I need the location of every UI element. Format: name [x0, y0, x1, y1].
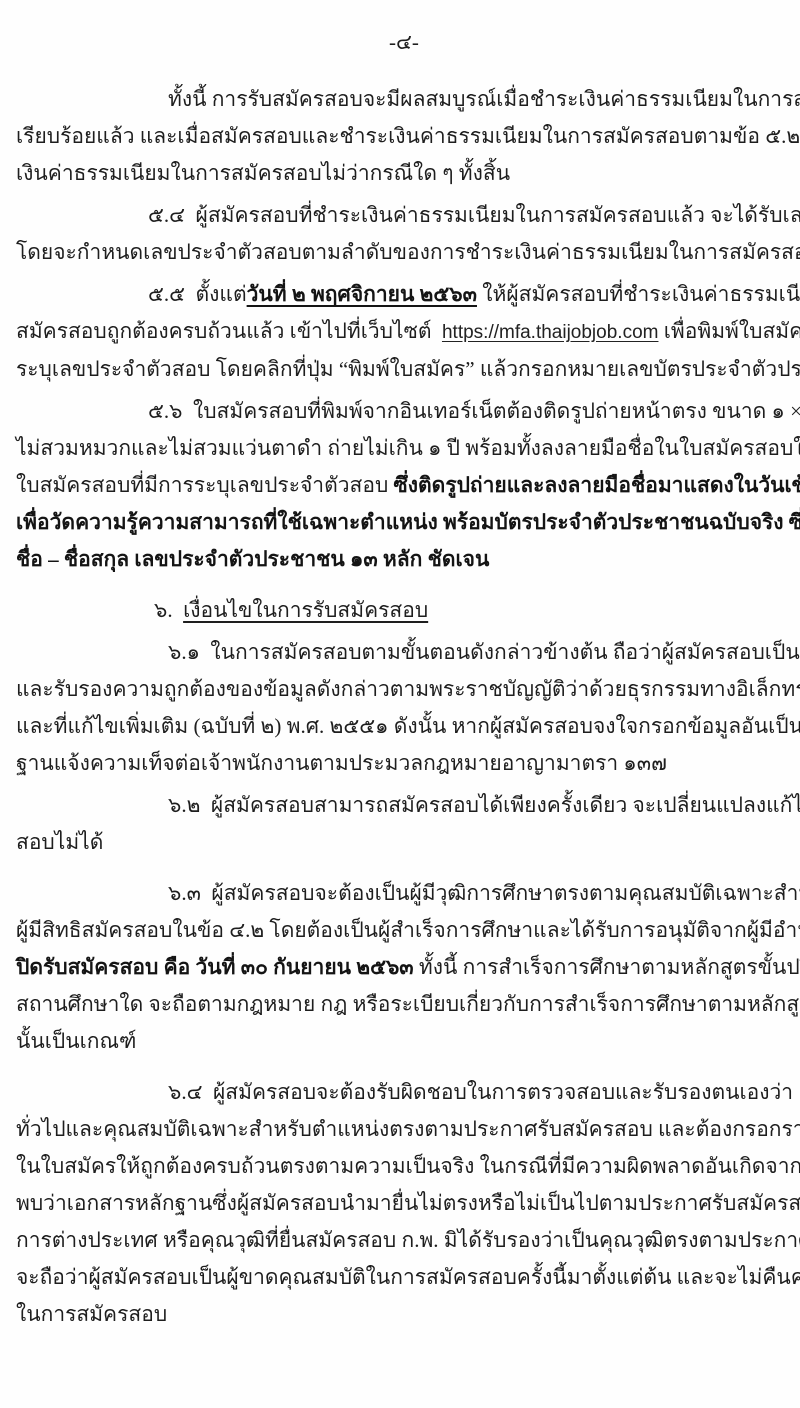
text-run: วันที่ ๒ พฤศจิกายน ๒๕๖๓ [247, 282, 477, 306]
text-run: พบว่าเอกสารหลักฐานซึ่งผู้สมัครสอบนำมายื่… [16, 1191, 800, 1215]
text-line: ฐานแจ้งความเท็จต่อเจ้าพนักงานตามประมวลกฎ… [16, 745, 792, 782]
text-run: ทั้งนี้ การรับสมัครสอบจะมีผลสมบูรณ์เมื่อ… [168, 87, 800, 111]
document-page: -๔- ทั้งนี้ การรับสมัครสอบจะมีผลสมบูรณ์เ… [0, 0, 800, 1408]
text-line: เพื่อวัดความรู้ความสามารถที่ใช้เฉพาะตำแห… [16, 504, 792, 541]
text-run: จะถือว่าผู้สมัครสอบเป็นผู้ขาดคุณสมบัติใน… [16, 1265, 800, 1289]
text-run: ปิดรับสมัครสอบ คือ วันที่ ๓๐ กันยายน ๒๕๖… [16, 955, 414, 979]
text-line: พบว่าเอกสารหลักฐานซึ่งผู้สมัครสอบนำมายื่… [16, 1185, 792, 1222]
document-body: ทั้งนี้ การรับสมัครสอบจะมีผลสมบูรณ์เมื่อ… [16, 81, 792, 1333]
text-line: นั้นเป็นเกณฑ์ [16, 1023, 792, 1060]
text-run: และที่แก้ไขเพิ่มเติม (ฉบับที่ ๒) พ.ศ. ๒๕… [16, 714, 800, 738]
text-run: ๖.๔ ผู้สมัครสอบจะต้องรับผิดชอบในการตรวจส… [168, 1080, 800, 1104]
text-line: และรับรองความถูกต้องของข้อมูลดังกล่าวตาม… [16, 671, 792, 708]
text-line: ปิดรับสมัครสอบ คือ วันที่ ๓๐ กันยายน ๒๕๖… [16, 949, 792, 986]
text-line: ๖.๓ ผู้สมัครสอบจะต้องเป็นผู้มีวุฒิการศึก… [16, 875, 792, 912]
text-line: ๕.๖ ใบสมัครสอบที่พิมพ์จากอินเทอร์เน็ตต้อ… [16, 393, 792, 430]
text-run: สอบไม่ได้ [16, 830, 103, 854]
text-run: ๕.๔ ผู้สมัครสอบที่ชำระเงินค่าธรรมเนียมใน… [148, 203, 800, 227]
text-run: โดยจะกำหนดเลขประจำตัวสอบตามลำดับของการชำ… [16, 240, 800, 264]
text-run: ๖. [154, 598, 183, 622]
text-run: ๖.๑ ในการสมัครสอบตามขั้นตอนดังกล่าวข้างต… [168, 640, 800, 664]
text-run: ใบสมัครสอบที่มีการระบุเลขประจำตัวสอบ [16, 473, 394, 497]
text-run: เงื่อนไขในการรับสมัครสอบ [183, 598, 428, 622]
text-line: ๖.๒ ผู้สมัครสอบสามารถสมัครสอบได้เพียงครั… [16, 787, 792, 824]
text-line: ในการสมัครสอบ [16, 1296, 792, 1333]
text-run: ไม่สวมหมวกและไม่สวมแว่นตาดำ ถ่ายไม่เกิน … [16, 436, 800, 460]
text-line: สถานศึกษาใด จะถือตามกฎหมาย กฎ หรือระเบีย… [16, 986, 792, 1023]
text-run: ๖.๓ ผู้สมัครสอบจะต้องเป็นผู้มีวุฒิการศึก… [168, 881, 800, 905]
text-line: การต่างประเทศ หรือคุณวุฒิที่ยื่นสมัครสอบ… [16, 1222, 792, 1259]
text-line: สมัครสอบถูกต้องครบถ้วนแล้ว เข้าไปที่เว็บ… [16, 313, 792, 351]
text-run: เพื่อวัดความรู้ความสามารถที่ใช้เฉพาะตำแห… [16, 510, 800, 534]
text-run: ซึ่งติดรูปถ่ายและลงลายมือชื่อมาแสดงในวัน… [394, 473, 800, 497]
text-run: และรับรองความถูกต้องของข้อมูลดังกล่าวตาม… [16, 677, 800, 701]
text-line: ผู้มีสิทธิสมัครสอบในข้อ ๔.๒ โดยต้องเป็นผ… [16, 912, 792, 949]
text-run: ๖.๒ ผู้สมัครสอบสามารถสมัครสอบได้เพียงครั… [168, 793, 800, 817]
text-run: เงินค่าธรรมเนียมในการสมัครสอบไม่ว่ากรณีใ… [16, 161, 510, 185]
page-number: -๔- [16, 24, 792, 61]
text-run: สมัครสอบถูกต้องครบถ้วนแล้ว เข้าไปที่เว็บ… [16, 319, 442, 343]
text-run: ชื่อ – ชื่อสกุล เลขประจำตัวประชาชน ๑๓ หล… [16, 547, 489, 571]
text-run: เรียบร้อยแล้ว และเมื่อสมัครสอบและชำระเงิ… [16, 124, 800, 148]
section-6-heading: ๖. เงื่อนไขในการรับสมัครสอบ [16, 592, 792, 629]
text-run: ทั่วไปและคุณสมบัติเฉพาะสำหรับตำแหน่งตรงต… [16, 1117, 800, 1141]
text-run: ในการสมัครสอบ [16, 1302, 167, 1326]
text-line: ไม่สวมหมวกและไม่สวมแว่นตาดำ ถ่ายไม่เกิน … [16, 430, 792, 467]
text-line: ๖.๑ ในการสมัครสอบตามขั้นตอนดังกล่าวข้างต… [16, 634, 792, 671]
text-run: ทั้งนี้ การสำเร็จการศึกษาตามหลักสูตรขั้น… [414, 955, 800, 979]
text-line: และที่แก้ไขเพิ่มเติม (ฉบับที่ ๒) พ.ศ. ๒๕… [16, 708, 792, 745]
text-line: โดยจะกำหนดเลขประจำตัวสอบตามลำดับของการชำ… [16, 234, 792, 271]
text-line: จะถือว่าผู้สมัครสอบเป็นผู้ขาดคุณสมบัติใน… [16, 1259, 792, 1296]
text-run: สถานศึกษาใด จะถือตามกฎหมาย กฎ หรือระเบีย… [16, 992, 800, 1016]
text-run: เพื่อพิมพ์ใบสมัครสอบที่มีการ [658, 319, 800, 343]
text-line: ทั่วไปและคุณสมบัติเฉพาะสำหรับตำแหน่งตรงต… [16, 1111, 792, 1148]
text-line: ในใบสมัครให้ถูกต้องครบถ้วนตรงตามความเป็น… [16, 1148, 792, 1185]
text-run: ให้ผู้สมัครสอบที่ชำระเงินค่าธรรมเนียมในก… [477, 282, 800, 306]
text-run: ฐานแจ้งความเท็จต่อเจ้าพนักงานตามประมวลกฎ… [16, 751, 667, 775]
text-line: ๕.๕ ตั้งแต่วันที่ ๒ พฤศจิกายน ๒๕๖๓ ให้ผู… [16, 276, 792, 313]
text-run: นั้นเป็นเกณฑ์ [16, 1029, 136, 1053]
text-line: เรียบร้อยแล้ว และเมื่อสมัครสอบและชำระเงิ… [16, 118, 792, 155]
text-line: ๖.๔ ผู้สมัครสอบจะต้องรับผิดชอบในการตรวจส… [16, 1074, 792, 1111]
text-line: ทั้งนี้ การรับสมัครสอบจะมีผลสมบูรณ์เมื่อ… [16, 81, 792, 118]
text-line: สอบไม่ได้ [16, 824, 792, 861]
text-line: ใบสมัครสอบที่มีการระบุเลขประจำตัวสอบ ซึ่… [16, 467, 792, 504]
text-run: ๕.๖ ใบสมัครสอบที่พิมพ์จากอินเทอร์เน็ตต้อ… [148, 399, 800, 423]
text-line: ๕.๔ ผู้สมัครสอบที่ชำระเงินค่าธรรมเนียมใน… [16, 197, 792, 234]
text-run: ๕.๕ ตั้งแต่ [148, 282, 247, 306]
url-text: https://mfa.thaijobjob.com [442, 322, 659, 343]
text-run: ผู้มีสิทธิสมัครสอบในข้อ ๔.๒ โดยต้องเป็นผ… [16, 918, 800, 942]
text-run: การต่างประเทศ หรือคุณวุฒิที่ยื่นสมัครสอบ… [16, 1228, 800, 1252]
text-run: ในใบสมัครให้ถูกต้องครบถ้วนตรงตามความเป็น… [16, 1154, 800, 1178]
text-line: ชื่อ – ชื่อสกุล เลขประจำตัวประชาชน ๑๓ หล… [16, 541, 792, 578]
text-line: ระบุเลขประจำตัวสอบ โดยคลิกที่ปุ่ม “พิมพ์… [16, 351, 792, 388]
text-run: ระบุเลขประจำตัวสอบ โดยคลิกที่ปุ่ม “พิมพ์… [16, 357, 800, 381]
text-line: เงินค่าธรรมเนียมในการสมัครสอบไม่ว่ากรณีใ… [16, 155, 792, 192]
